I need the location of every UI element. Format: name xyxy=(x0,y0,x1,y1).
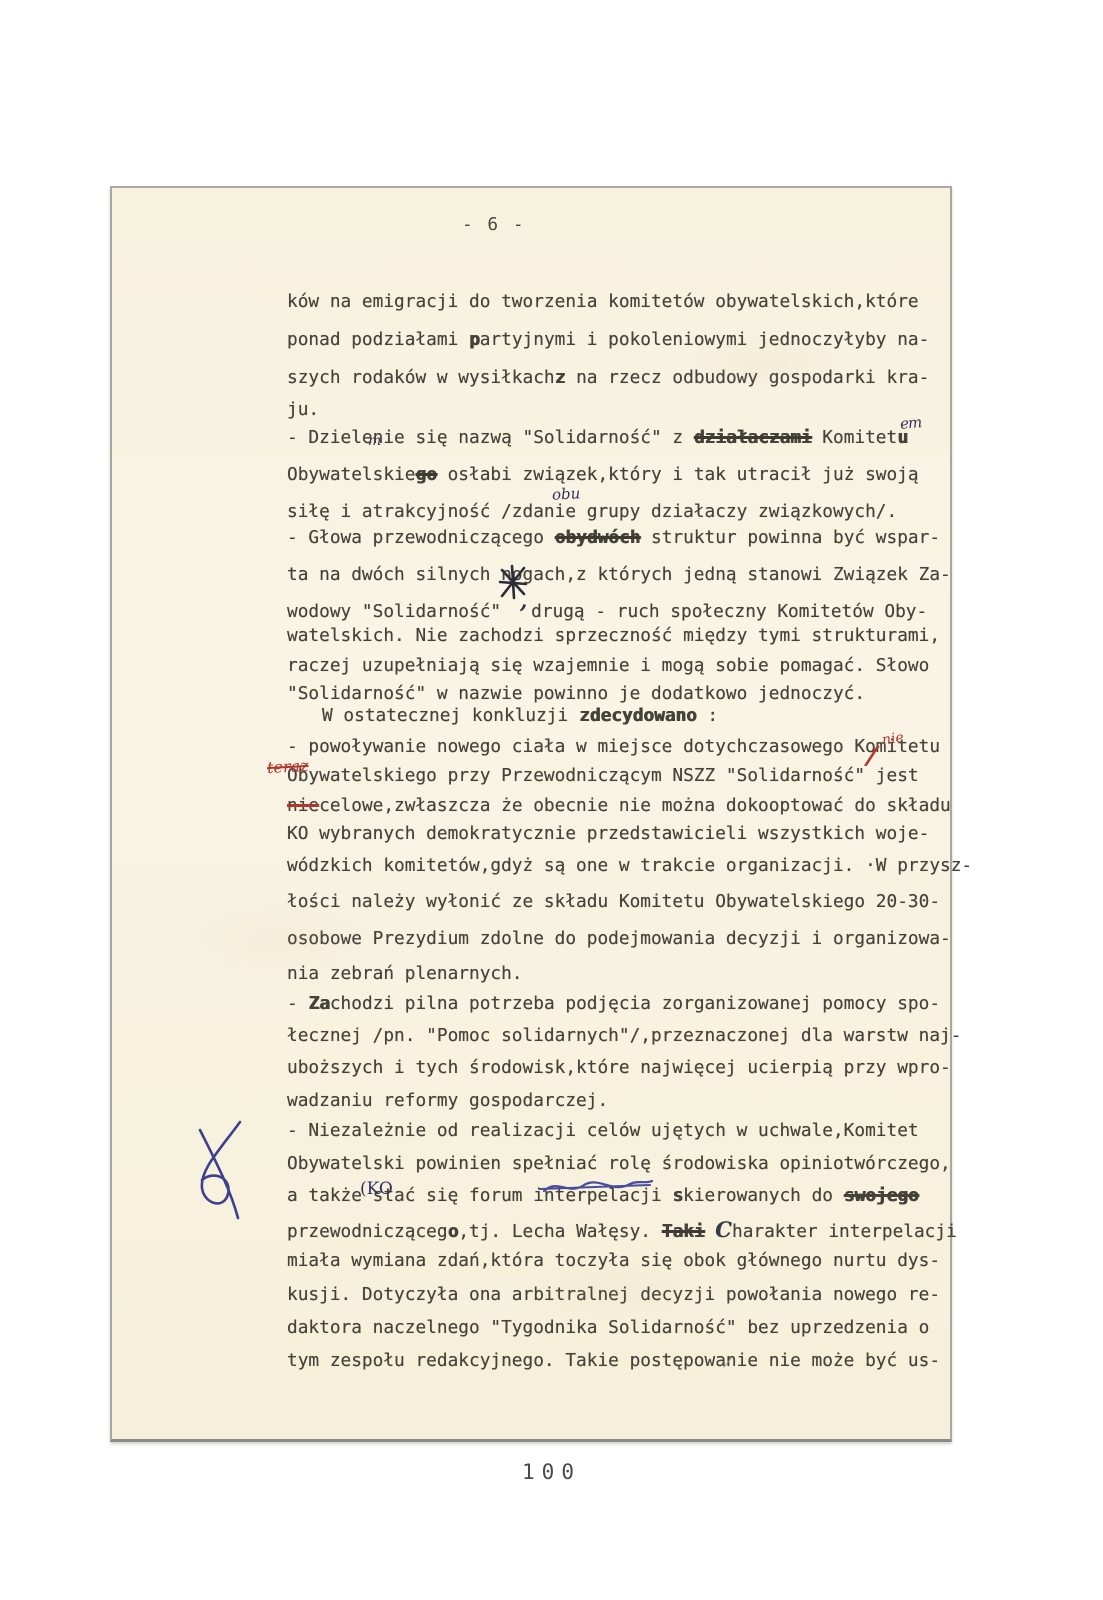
typed-line: osobowe Prezydium zdolne do podejmowania… xyxy=(287,928,951,949)
scanned-document: - 6 - ków na emigracji do tworzenia komi… xyxy=(110,186,952,1442)
typed-line: ponad podziałami partyjnymi i pokoleniow… xyxy=(287,329,929,350)
typed-line: łecznej /pn. "Pomoc solidarnych"/,przezn… xyxy=(287,1025,961,1046)
typed-line: Obywatelskiego przy Przewodniczącym NSZZ… xyxy=(287,765,919,786)
handwritten-em: em xyxy=(899,413,922,433)
red-handwritten-nie: nie xyxy=(881,730,905,749)
typed-line: - Głowa przewodniczącego obydwóch strukt… xyxy=(287,527,940,548)
typed-line: ków na emigracji do tworzenia komitetów … xyxy=(287,291,919,312)
handwritten-ko-insert: (KO xyxy=(360,1179,393,1199)
typed-line: "Solidarność" w nazwie powinno je dodatk… xyxy=(287,683,865,704)
typed-line: watelskich. Nie zachodzi sprzeczność mię… xyxy=(287,625,940,646)
typed-line: uboższych i tych środowisk,które najwięc… xyxy=(287,1057,951,1078)
document-page-number: - 6 - xyxy=(462,214,526,235)
handwritten-m: m xyxy=(368,433,381,449)
typed-line: wodowy "Solidarność"drugą - ruch społecz… xyxy=(287,601,927,622)
red-handwritten-teraz-struck: teraz xyxy=(267,756,309,777)
blue-squiggle-strike-icon xyxy=(538,1176,656,1198)
book-folio: 100 xyxy=(0,1460,1103,1484)
handwritten-obu: obu xyxy=(552,484,581,503)
typed-line: siłę i atrakcyjność /zdanie grupy działa… xyxy=(287,501,897,522)
margin-x-mark-icon xyxy=(188,1118,254,1222)
typed-line: nia zebrań plenarnych. xyxy=(287,963,523,984)
typed-line: wadzaniu reformy gospodarczej. xyxy=(287,1090,608,1111)
typed-line: raczej uzupełniają się wzajemnie i mogą … xyxy=(287,655,929,676)
typed-line: tym zespołu redakcyjnego. Takie postępow… xyxy=(287,1350,940,1371)
typed-line: Obywatelskiego osłabi związek,który i ta… xyxy=(287,464,919,485)
typed-line: niecelowe,zwłaszcza że obecnie nie można… xyxy=(287,795,951,816)
typed-line: Obywatelski powinien spełniać rolę środo… xyxy=(287,1153,951,1174)
typed-line: - Zachodzi pilna potrzeba podjęcia zorga… xyxy=(287,993,940,1014)
typed-line: - powoływanie nowego ciała w miejsce dot… xyxy=(287,736,940,757)
book-page: - 6 - ków na emigracji do tworzenia komi… xyxy=(0,0,1103,1600)
typed-line: W ostatecznej konkluzji zdecydowano : xyxy=(322,705,718,726)
typed-line: ta na dwóch silnych nogach,z których jed… xyxy=(287,564,951,585)
typed-line: miała wymiana zdań,która toczyła się obo… xyxy=(287,1250,940,1271)
typed-line: szych rodaków w wysiłkachz na rzecz odbu… xyxy=(287,367,929,388)
typed-line: przewodniczącego,tj. Lecha Wałęsy. Taki … xyxy=(287,1217,957,1242)
typed-line: KO wybranych demokratycznie przedstawici… xyxy=(287,823,929,844)
crossout-scribble-icon xyxy=(498,564,528,600)
typed-line: daktora naczelnego "Tygodnika Solidarnoś… xyxy=(287,1317,929,1338)
typed-line: wódzkich komitetów,gdyż są one w trakcie… xyxy=(287,855,972,876)
typed-line: łości należy wyłonić ze składu Komitetu … xyxy=(287,891,940,912)
typed-line: kusji. Dotyczyła ona arbitralnej decyzji… xyxy=(287,1284,940,1305)
typed-line: - Niezależnie od realizacji celów ujętyc… xyxy=(287,1120,919,1141)
typed-line: ju. xyxy=(287,399,319,420)
